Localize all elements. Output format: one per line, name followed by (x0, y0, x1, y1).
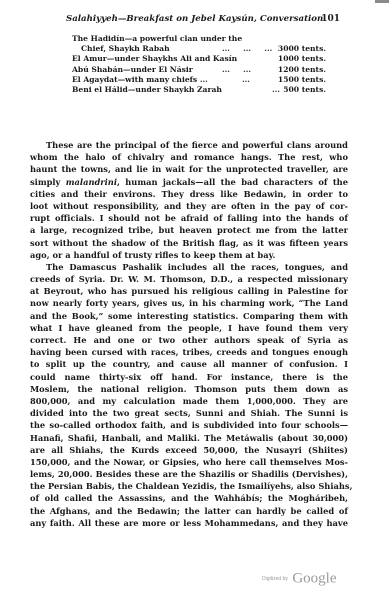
text-line: Moslem, the national religion. Thomson p… (30, 383, 348, 395)
text-line: haunt the towns, and lie in wait for the… (30, 163, 348, 175)
tent-count: 1500 tents. (278, 75, 326, 85)
text-line: The Damascus Pashalik includes all the r… (30, 261, 348, 273)
clan-tents-table: The Hadidín—a powerful clan under theChi… (72, 34, 326, 95)
text-line: are all Shiahs, the Kurds exceed 50,000,… (30, 444, 348, 456)
leader-dots: ... ... ... (222, 44, 272, 54)
text-line: what I have gleaned from the people, I h… (30, 322, 348, 334)
text-line: lems, 20,000. Besides these are the Shaz… (30, 468, 348, 480)
running-head-title: Salahiyyeh—Breakfast on Jebel Kaysún, Co… (66, 12, 326, 26)
text-line: rupt officials. I should not be afraid o… (30, 212, 348, 224)
text-line: ago, or a handful of trusty rifles to ke… (30, 249, 348, 261)
running-head: Salahiyyeh—Breakfast on Jebel Kaysún, Co… (66, 12, 336, 26)
clan-row: Abú Shabán—under El Násir... ...1200 ten… (72, 65, 326, 75)
text-line: having been cursed with races, tribes, c… (30, 346, 348, 358)
text-line: 150,000, and the Nowar, or Gipsies, who … (30, 456, 348, 468)
tent-count: 1000 tents. (278, 54, 326, 64)
clan-name: The Hadidín—a powerful clan under the (72, 34, 242, 44)
text-line: the Afghans, and the Bedawin; the latter… (30, 505, 348, 517)
text-line: These are the principal of the fierce an… (30, 139, 348, 151)
text-line: to split up the country, and cause all m… (30, 358, 348, 370)
text-line: Hanafi, Shafii, Hanbali, and Maliki. The… (30, 432, 348, 444)
text-line: correct. He and one or two other authors… (30, 334, 348, 346)
clan-name: Beni el Hálid—under Shaykh Zarah (72, 85, 222, 95)
watermark-prefix: Digitized by (262, 576, 288, 582)
digitized-by-google-watermark: Digitized by Google (262, 570, 336, 588)
clan-row: El Agaydat—with many chiefs ......1500 t… (72, 75, 326, 85)
text-line: the so-called orthodox faith, and is sub… (30, 419, 348, 431)
text-line: of old called the Assassins, and the Wah… (30, 492, 348, 504)
text-line: cities and their environs. They dress li… (30, 188, 348, 200)
clan-row: Chief, Shaykh Rabah... ... ...3000 tents… (72, 44, 326, 54)
tent-count: 500 tents. (283, 85, 326, 95)
body-paragraphs: These are the principal of the fierce an… (30, 139, 348, 529)
clan-row: The Hadidín—a powerful clan under the (72, 34, 326, 44)
text-line: sort without the shadow of the British f… (30, 237, 348, 249)
text-line: creeds of Syria. Dr. W. M. Thomson, D.D.… (30, 273, 348, 285)
clan-name: El Amur—under Shaykhs Ali and Kasín (72, 54, 237, 64)
tent-count: 1200 tents. (278, 65, 326, 75)
text-line: the Persian Babis, the Chaldean Yezidis,… (30, 480, 348, 492)
clan-row: El Amur—under Shaykhs Ali and Kasín1000 … (72, 54, 326, 64)
text-line: 800,000, and my calculation made them 1,… (30, 395, 348, 407)
text-line: any faith. All these are more or less Mo… (30, 517, 348, 529)
text-line: and the Book,” some interesting statisti… (30, 310, 348, 322)
text-line: now nearly forty years, gives us, in his… (30, 297, 348, 309)
text-line: at Beyrout, who has pursued his religiou… (30, 285, 348, 297)
text-line: simply malandrini, human jackals—all the… (30, 176, 348, 188)
text-line: whom the halo of chivalry and romance ha… (30, 151, 348, 163)
leader-dots: ... (242, 75, 250, 85)
text-line: a large, recognized tribe, but heaven pr… (30, 224, 348, 236)
tent-count: 3000 tents. (278, 44, 326, 54)
clan-name: Abú Shabán—under El Násir (72, 65, 193, 75)
leader-dots: ... ... (222, 65, 251, 75)
leader-dots: ... (272, 85, 280, 95)
clan-name: El Agaydat—with many chiefs ... (72, 75, 208, 85)
google-logo: Google (292, 570, 336, 586)
clan-row: Beni el Hálid—under Shaykh Zarah...500 t… (72, 85, 326, 95)
clan-name: Chief, Shaykh Rabah (81, 44, 170, 54)
scan-edge-mark (375, 0, 389, 3)
page-number: 101 (321, 12, 340, 26)
text-line: divided into the two great sects, Sunni … (30, 407, 348, 419)
italic-term: malandrini (66, 177, 117, 187)
text-line: loot without responsibility, and they ar… (30, 200, 348, 212)
text-line: could name thirty-six off hand. For inst… (30, 371, 348, 383)
